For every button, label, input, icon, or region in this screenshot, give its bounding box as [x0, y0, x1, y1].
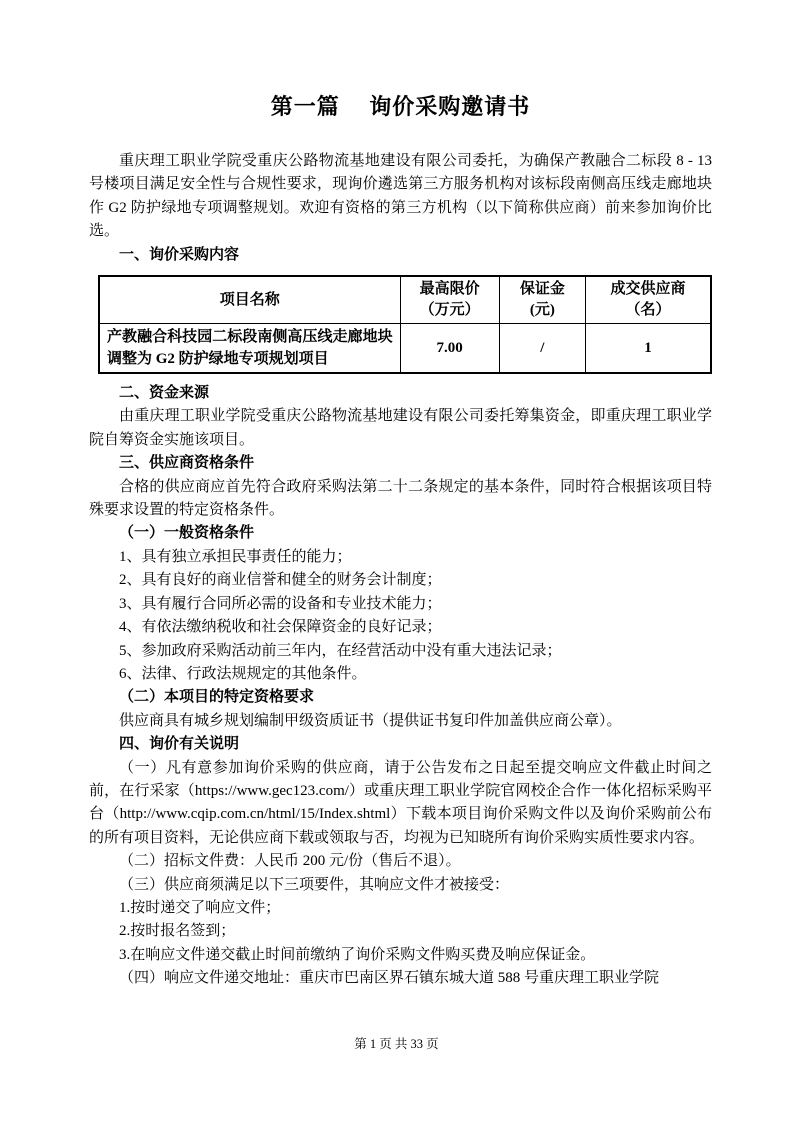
table-header-max-price: 最高限价 （万元）: [400, 276, 499, 324]
table-cell-deposit: /: [499, 324, 585, 374]
section-4-item-4: （四）响应文件递交地址：重庆市巴南区界石镇东城大道 588 号重庆理工职业学院: [89, 967, 712, 990]
table-header-deposit: 保证金 (元): [499, 276, 585, 324]
section-2-paragraph: 由重庆理工职业学院受重庆公路物流基地建设有限公司委托筹集资金，即重庆理工职业学院…: [89, 405, 712, 452]
intro-paragraph: 重庆理工职业学院受重庆公路物流基地建设有限公司委托，为确保产教融合二标段 8 -…: [89, 150, 712, 244]
section-1-heading: 一、询价采购内容: [89, 244, 712, 267]
section-4-requirement-item: 3.在响应文件递交截止时间前缴纳了询价采购文件购买费及响应保证金。: [89, 944, 712, 967]
section-4-requirement-item: 2.按时报名签到；: [89, 920, 712, 943]
section-3-sub-1-heading: （一）一般资格条件: [89, 522, 712, 545]
table-header-row: 项目名称 最高限价 （万元） 保证金 (元) 成交供应商 （名）: [99, 276, 711, 324]
general-condition-item: 4、有依法缴纳税收和社会保障资金的良好记录；: [89, 616, 712, 639]
section-2-heading: 二、资金来源: [89, 382, 712, 405]
section-3-heading: 三、供应商资格条件: [89, 452, 712, 475]
section-4-requirement-item: 1.按时递交了响应文件；: [89, 897, 712, 920]
section-4-item-2: （二）招标文件费：人民币 200 元/份（售后不退）。: [89, 850, 712, 873]
procurement-table: 项目名称 最高限价 （万元） 保证金 (元) 成交供应商 （名） 产教融合科技园…: [98, 275, 712, 374]
page-number-footer: 第 1 页 共 33 页: [0, 1036, 793, 1052]
section-3-sub-2-text: 供应商具有城乡规划编制甲级资质证书（提供证书复印件加盖供应商公章）。: [89, 710, 712, 733]
table-header-project-name: 项目名称: [99, 276, 400, 324]
section-4-item-1: （一）凡有意参加询价采购的供应商，请于公告发布之日起至提交响应文件截止时间之前，…: [89, 757, 712, 851]
general-condition-item: 5、参加政府采购活动前三年内，在经营活动中没有重大违法记录；: [89, 640, 712, 663]
document-page: 第一篇 询价采购邀请书 重庆理工职业学院受重庆公路物流基地建设有限公司委托，为确…: [0, 0, 793, 1122]
general-condition-item: 6、法律、行政法规规定的其他条件。: [89, 663, 712, 686]
section-3-sub-2-heading: （二）本项目的特定资格要求: [89, 686, 712, 709]
general-condition-item: 3、具有履行合同所必需的设备和专业技术能力；: [89, 593, 712, 616]
table-cell-supplier-count: 1: [586, 324, 711, 374]
page-title: 第一篇 询价采购邀请书: [89, 94, 712, 120]
table-cell-project-name: 产教融合科技园二标段南侧高压线走廊地块调整为 G2 防护绿地专项规划项目: [99, 324, 400, 374]
section-4-heading: 四、询价有关说明: [89, 733, 712, 756]
section-3-paragraph: 合格的供应商应首先符合政府采购法第二十二条规定的基本条件，同时符合根据该项目特殊…: [89, 476, 712, 523]
table-cell-max-price: 7.00: [400, 324, 499, 374]
table-row: 产教融合科技园二标段南侧高压线走廊地块调整为 G2 防护绿地专项规划项目 7.0…: [99, 324, 711, 374]
general-condition-item: 1、具有独立承担民事责任的能力；: [89, 546, 712, 569]
section-4-item-3: （三）供应商须满足以下三项要件，其响应文件才被接受：: [89, 874, 712, 897]
table-header-supplier-count: 成交供应商 （名）: [586, 276, 711, 324]
general-condition-item: 2、具有良好的商业信誉和健全的财务会计制度；: [89, 569, 712, 592]
